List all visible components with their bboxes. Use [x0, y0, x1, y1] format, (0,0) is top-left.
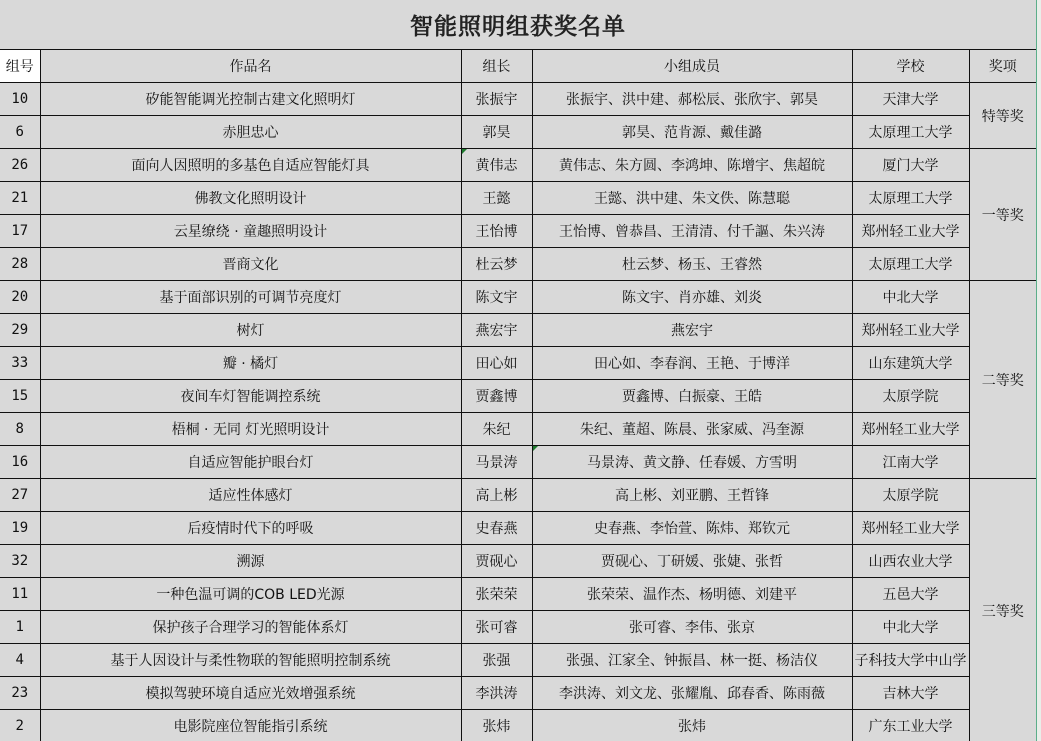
cell-work-name[interactable]: 电影院座位智能指引系统	[40, 710, 461, 741]
header-work-name[interactable]: 作品名	[40, 50, 461, 83]
table-row: 21 佛教文化照明设计 王懿 王懿、洪中建、朱文佚、陈慧聪 太原理工大学	[0, 182, 1036, 215]
cell-leader[interactable]: 黄伟志	[461, 149, 532, 182]
cell-group-no[interactable]: 28	[0, 248, 40, 281]
header-members[interactable]: 小组成员	[532, 50, 852, 83]
cell-group-no[interactable]: 33	[0, 347, 40, 380]
cell-award-first[interactable]: 一等奖	[969, 149, 1036, 281]
cell-school[interactable]: 山西农业大学	[852, 545, 969, 578]
cell-leader[interactable]: 贾砚心	[461, 545, 532, 578]
cell-school[interactable]: 太原理工大学	[852, 182, 969, 215]
cell-members[interactable]: 张振宇、洪中建、郝松辰、张欣宇、郭昊	[532, 83, 852, 116]
cell-school[interactable]: 江南大学	[852, 446, 969, 479]
cell-work-name[interactable]: 一种色温可调的COB LED光源	[40, 578, 461, 611]
table-row: 8 梧桐 · 无同 灯光照明设计 朱纪 朱纪、董超、陈晨、张家威、冯奎源 郑州轻…	[0, 413, 1036, 446]
cell-school[interactable]: 郑州轻工业大学	[852, 512, 969, 545]
table-row: 20 基于面部识别的可调节亮度灯 陈文宇 陈文宇、肖亦雄、刘炎 中北大学 二等奖	[0, 281, 1036, 314]
cell-group-no[interactable]: 15	[0, 380, 40, 413]
header-row: 组号 作品名 组长 小组成员 学校 奖项	[0, 50, 1036, 83]
table-row: 4 基于人因设计与柔性物联的智能照明控制系统 张强 张强、江家全、钟振昌、林一挺…	[0, 644, 1036, 677]
cell-school[interactable]: 厦门大学	[852, 149, 969, 182]
table-row: 2 电影院座位智能指引系统 张炜 张炜 广东工业大学	[0, 710, 1036, 741]
cell-members[interactable]: 黄伟志、朱方圆、李鸿坤、陈增宇、焦超皖	[532, 149, 852, 182]
cell-leader[interactable]: 张炜	[461, 710, 532, 741]
cell-leader[interactable]: 张荣荣	[461, 578, 532, 611]
cell-members[interactable]: 王怡博、曾恭昌、王清清、付千謳、朱兴涛	[532, 215, 852, 248]
cell-work-name[interactable]: 自适应智能护眼台灯	[40, 446, 461, 479]
awards-table: 组号 作品名 组长 小组成员 学校 奖项 10 矽能智能调光控制古建文化照明灯 …	[0, 49, 1036, 741]
cell-group-no[interactable]: 26	[0, 149, 40, 182]
cell-members[interactable]: 王懿、洪中建、朱文佚、陈慧聪	[532, 182, 852, 215]
cell-leader[interactable]: 贾鑫博	[461, 380, 532, 413]
cell-leader[interactable]: 张强	[461, 644, 532, 677]
cell-group-no[interactable]: 27	[0, 479, 40, 512]
spreadsheet: 智能照明组获奖名单 组号 作品名 组长 小组成员 学校 奖项 10 矽能智能调光…	[0, 0, 1041, 741]
cell-leader[interactable]: 田心如	[461, 347, 532, 380]
cell-members[interactable]: 田心如、李春润、王艳、于博洋	[532, 347, 852, 380]
cell-school[interactable]: 郑州轻工业大学	[852, 413, 969, 446]
cell-work-name[interactable]: 赤胆忠心	[40, 116, 461, 149]
cell-leader[interactable]: 王怡博	[461, 215, 532, 248]
cell-group-no[interactable]: 20	[0, 281, 40, 314]
comment-marker-icon[interactable]	[462, 149, 467, 154]
cell-leader[interactable]: 李洪涛	[461, 677, 532, 710]
cell-leader[interactable]: 高上彬	[461, 479, 532, 512]
cell-work-name[interactable]: 后疫情时代下的呼吸	[40, 512, 461, 545]
cell-work-name[interactable]: 模拟驾驶环境自适应光效增强系统	[40, 677, 461, 710]
cell-school[interactable]: 太原学院	[852, 380, 969, 413]
cell-members[interactable]: 张强、江家全、钟振昌、林一挺、杨洁仪	[532, 644, 852, 677]
cell-leader[interactable]: 史春燕	[461, 512, 532, 545]
cell-leader[interactable]: 陈文宇	[461, 281, 532, 314]
table-row: 6 赤胆忠心 郭昊 郭昊、范肯源、戴佳潞 太原理工大学	[0, 116, 1036, 149]
cell-group-no[interactable]: 6	[0, 116, 40, 149]
cell-members[interactable]: 郭昊、范肯源、戴佳潞	[532, 116, 852, 149]
sheet-title[interactable]: 智能照明组获奖名单	[0, 0, 1036, 49]
table-row: 27 适应性体感灯 高上彬 高上彬、刘亚鹏、王哲锋 太原学院 三等奖	[0, 479, 1036, 512]
table-row: 15 夜间车灯智能调控系统 贾鑫博 贾鑫博、白振豪、王皓 太原学院	[0, 380, 1036, 413]
cell-school[interactable]: 太原理工大学	[852, 248, 969, 281]
table-row: 10 矽能智能调光控制古建文化照明灯 张振宇 张振宇、洪中建、郝松辰、张欣宇、郭…	[0, 83, 1036, 116]
cell-work-name[interactable]: 云星缭绕 · 童趣照明设计	[40, 215, 461, 248]
cell-work-name[interactable]: 基于面部识别的可调节亮度灯	[40, 281, 461, 314]
header-award[interactable]: 奖项	[969, 50, 1036, 83]
cell-group-no[interactable]: 16	[0, 446, 40, 479]
cell-leader[interactable]: 张振宇	[461, 83, 532, 116]
cell-leader[interactable]: 王懿	[461, 182, 532, 215]
cell-group-no[interactable]: 32	[0, 545, 40, 578]
cell-group-no[interactable]: 17	[0, 215, 40, 248]
table-row: 29 树灯 燕宏宇 燕宏宇 郑州轻工业大学	[0, 314, 1036, 347]
cell-school[interactable]: 五邑大学	[852, 578, 969, 611]
cell-members[interactable]: 马景涛、黄文静、任春媛、方雪明	[532, 446, 852, 479]
cell-work-name[interactable]: 适应性体感灯	[40, 479, 461, 512]
table-row: 11 一种色温可调的COB LED光源 张荣荣 张荣荣、温作杰、杨明德、刘建平 …	[0, 578, 1036, 611]
cell-school[interactable]: 广东工业大学	[852, 710, 969, 741]
cell-group-no[interactable]: 29	[0, 314, 40, 347]
header-group-no[interactable]: 组号	[0, 50, 40, 83]
cell-leader[interactable]: 燕宏宇	[461, 314, 532, 347]
cell-members[interactable]: 燕宏宇	[532, 314, 852, 347]
cell-members[interactable]: 张荣荣、温作杰、杨明德、刘建平	[532, 578, 852, 611]
header-school[interactable]: 学校	[852, 50, 969, 83]
cell-school[interactable]: 山东建筑大学	[852, 347, 969, 380]
cell-members[interactable]: 张炜	[532, 710, 852, 741]
cell-school[interactable]: 吉林大学	[852, 677, 969, 710]
cell-school[interactable]: 中北大学	[852, 611, 969, 644]
cell-leader[interactable]: 马景涛	[461, 446, 532, 479]
cell-group-no[interactable]: 19	[0, 512, 40, 545]
cell-work-name[interactable]: 矽能智能调光控制古建文化照明灯	[40, 83, 461, 116]
cell-work-name[interactable]: 佛教文化照明设计	[40, 182, 461, 215]
cell-group-no[interactable]: 21	[0, 182, 40, 215]
cell-members[interactable]: 贾鑫博、白振豪、王皓	[532, 380, 852, 413]
table-row: 19 后疫情时代下的呼吸 史春燕 史春燕、李怡萱、陈炜、郑钦元 郑州轻工业大学	[0, 512, 1036, 545]
cell-award-second[interactable]: 二等奖	[969, 281, 1036, 479]
cell-school[interactable]: 郑州轻工业大学	[852, 314, 969, 347]
cell-leader[interactable]: 杜云梦	[461, 248, 532, 281]
table-row: 32 溯源 贾砚心 贾砚心、丁研媛、张婕、张哲 山西农业大学	[0, 545, 1036, 578]
cell-school[interactable]: 中北大学	[852, 281, 969, 314]
cell-group-no[interactable]: 2	[0, 710, 40, 741]
cell-members[interactable]: 史春燕、李怡萱、陈炜、郑钦元	[532, 512, 852, 545]
cell-work-name[interactable]: 晋商文化	[40, 248, 461, 281]
cell-school[interactable]: 天津大学	[852, 83, 969, 116]
table-row: 26 面向人因照明的多基色自适应智能灯具 黄伟志 黄伟志、朱方圆、李鸿坤、陈增宇…	[0, 149, 1036, 182]
table-row: 28 晋商文化 杜云梦 杜云梦、杨玉、王睿然 太原理工大学	[0, 248, 1036, 281]
table-row: 16 自适应智能护眼台灯 马景涛 马景涛、黄文静、任春媛、方雪明 江南大学	[0, 446, 1036, 479]
cell-members[interactable]: 杜云梦、杨玉、王睿然	[532, 248, 852, 281]
cell-work-name[interactable]: 面向人因照明的多基色自适应智能灯具	[40, 149, 461, 182]
cell-group-no[interactable]: 10	[0, 83, 40, 116]
cell-work-name[interactable]: 保护孩子合理学习的智能体系灯	[40, 611, 461, 644]
cell-school[interactable]: 太原理工大学	[852, 116, 969, 149]
comment-marker-icon[interactable]	[533, 446, 538, 451]
cell-work-name[interactable]: 瓣 · 橘灯	[40, 347, 461, 380]
cell-school[interactable]: 郑州轻工业大学	[852, 215, 969, 248]
cell-work-name[interactable]: 溯源	[40, 545, 461, 578]
cell-leader-text: 黄伟志	[476, 158, 518, 174]
cell-group-no[interactable]: 4	[0, 644, 40, 677]
cell-award-third[interactable]: 三等奖	[969, 479, 1036, 741]
cell-members[interactable]: 朱纪、董超、陈晨、张家威、冯奎源	[532, 413, 852, 446]
cell-work-name[interactable]: 梧桐 · 无同 灯光照明设计	[40, 413, 461, 446]
cell-group-no[interactable]: 8	[0, 413, 40, 446]
table-row: 1 保护孩子合理学习的智能体系灯 张可睿 张可睿、李伟、张京 中北大学	[0, 611, 1036, 644]
cell-members[interactable]: 张可睿、李伟、张京	[532, 611, 852, 644]
cell-school[interactable]: 太原学院	[852, 479, 969, 512]
cell-members[interactable]: 贾砚心、丁研媛、张婕、张哲	[532, 545, 852, 578]
cell-award-special[interactable]: 特等奖	[969, 83, 1036, 149]
cell-work-name[interactable]: 树灯	[40, 314, 461, 347]
cell-school[interactable]: 子科技大学中山学	[852, 644, 969, 677]
cell-members[interactable]: 李洪涛、刘文龙、张耀胤、邱春香、陈雨薇	[532, 677, 852, 710]
table-row: 33 瓣 · 橘灯 田心如 田心如、李春润、王艳、于博洋 山东建筑大学	[0, 347, 1036, 380]
cell-members[interactable]: 陈文宇、肖亦雄、刘炎	[532, 281, 852, 314]
cell-leader[interactable]: 郭昊	[461, 116, 532, 149]
cell-group-no[interactable]: 1	[0, 611, 40, 644]
cell-leader[interactable]: 张可睿	[461, 611, 532, 644]
window-edge	[1036, 0, 1041, 741]
table-row: 23 模拟驾驶环境自适应光效增强系统 李洪涛 李洪涛、刘文龙、张耀胤、邱春香、陈…	[0, 677, 1036, 710]
table-row: 17 云星缭绕 · 童趣照明设计 王怡博 王怡博、曾恭昌、王清清、付千謳、朱兴涛…	[0, 215, 1036, 248]
cell-work-name[interactable]: 夜间车灯智能调控系统	[40, 380, 461, 413]
header-leader[interactable]: 组长	[461, 50, 532, 83]
cell-group-no[interactable]: 11	[0, 578, 40, 611]
cell-members[interactable]: 高上彬、刘亚鹏、王哲锋	[532, 479, 852, 512]
cell-work-name[interactable]: 基于人因设计与柔性物联的智能照明控制系统	[40, 644, 461, 677]
cell-members-text: 马景涛、黄文静、任春媛、方雪明	[587, 455, 797, 471]
cell-group-no[interactable]: 23	[0, 677, 40, 710]
cell-leader[interactable]: 朱纪	[461, 413, 532, 446]
